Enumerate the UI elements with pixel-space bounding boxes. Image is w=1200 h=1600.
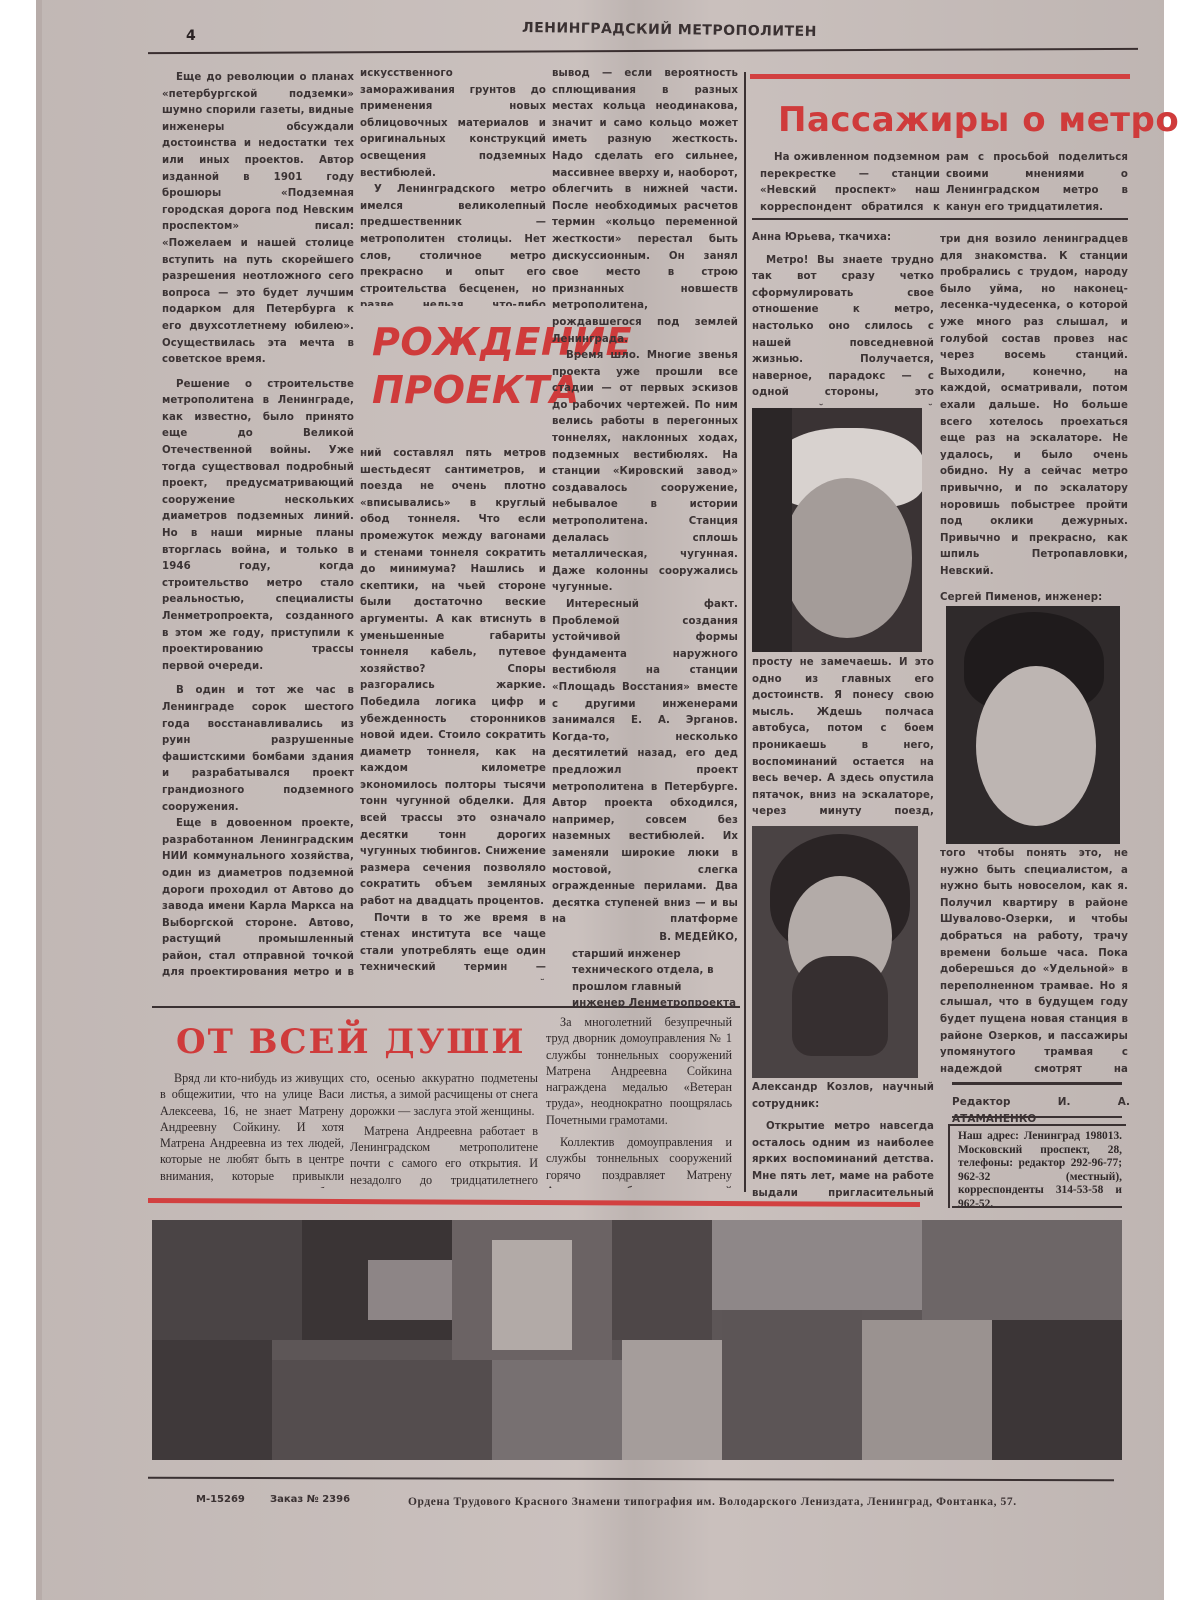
paragraph: За многолетний безупречный труд дворник … — [546, 1014, 732, 1128]
background-shadow — [752, 408, 792, 652]
face-shape — [782, 478, 912, 638]
paragraph: На оживленном подземном перекрестке — ст… — [760, 150, 940, 214]
speaker-name: Анна Юрьева, ткачиха: — [752, 230, 934, 247]
paragraph: три дня возило ленинградцев для знакомст… — [940, 232, 1128, 580]
paragraph: просту не замечаешь. И это одно из главн… — [752, 655, 934, 820]
footer-order: Заказ № 2396 — [270, 1494, 350, 1505]
title-line: РОЖДЕНИЕ — [372, 318, 552, 366]
speaker-1-text-bottom: просту не замечаешь. И это одно из главн… — [752, 655, 934, 820]
column-separator — [744, 72, 746, 1192]
paragraph: ний составлял пять метров шестьдесят сан… — [360, 446, 546, 911]
speaker-1-text-top: Анна Юрьева, ткачиха: Метро! Вы знаете т… — [752, 226, 934, 406]
section-rule — [152, 1006, 740, 1008]
page-number: 4 — [186, 28, 196, 44]
editor-rule-top — [952, 1082, 1122, 1085]
speaker-name: Александр Козлов, научный сотрудник: — [752, 1080, 934, 1113]
paragraph: Матрена Андреевна работает в Ленинградск… — [350, 1123, 538, 1188]
collage-photo-figure — [492, 1240, 572, 1350]
footer-index: М-15269 — [196, 1494, 245, 1505]
editor-label: Редактор И. А. АТАМАНЕНКО — [952, 1094, 1130, 1127]
passazhiry-intro-left: На оживленном подземном перекрестке — ст… — [760, 150, 940, 214]
paragraph: Решение о строительстве метрополитена в … — [162, 377, 354, 676]
paragraph: У Ленинградского метро имелся великолепн… — [360, 182, 546, 306]
paragraph: Метро! Вы знаете трудно так вот сразу че… — [752, 253, 934, 406]
paragraph: Коллектив домоуправления и службы тоннел… — [546, 1134, 732, 1188]
paragraph: В один и тот же час в Ленинграде сорок ш… — [162, 683, 354, 816]
ot-dushi-column-3: За многолетний безупречный труд дворник … — [546, 1014, 732, 1188]
collage-photo-workshop — [862, 1320, 992, 1460]
speaker-name: Сергей Пименов, инженер: — [940, 590, 1128, 602]
portrait-alexander-kozlov — [752, 826, 918, 1078]
paragraph: сто, осенью аккуратно подметены листья, … — [350, 1070, 538, 1119]
portrait-anna-yuryeva — [752, 408, 922, 652]
collage-photo-rowing — [492, 1360, 622, 1460]
rozhdenie-column-1: Еще до революции о планах «петербургской… — [162, 70, 354, 980]
title-line: ПРОЕКТА — [372, 366, 552, 414]
collage-photo-gymnasts — [712, 1220, 922, 1310]
portrait-sergey-pimenov — [946, 606, 1120, 844]
address-box: Наш адрес: Ленинград 198013. Московский … — [948, 1124, 1126, 1208]
photo-collage — [152, 1220, 1122, 1460]
collage-photo-table-tennis — [368, 1260, 458, 1320]
paragraph: Еще до революции о планах «петербургской… — [162, 70, 354, 369]
ot-dushi-title: ОТ ВСЕЙ ДУШИ — [176, 1022, 526, 1062]
address-text: Наш адрес: Ленинград 198013. Московский … — [950, 1126, 1126, 1212]
author-title: старший инженер технического отдела, в п… — [552, 947, 738, 1013]
byline: В. МЕДЕЙКО, старший инженер технического… — [552, 930, 738, 1013]
paragraph: Еще в довоенном проекте, разработанном Л… — [162, 816, 354, 980]
ot-dushi-column-2: сто, осенью аккуратно подметены листья, … — [350, 1070, 538, 1188]
ot-dushi-column-1: Вряд ли кто-нибудь из живущих в общежити… — [160, 1070, 344, 1188]
speaker-right-column-top: три дня возило ленинградцев для знакомст… — [940, 232, 1128, 602]
speaker-2-text-bottom: того чтобы понять это, не нужно быть спе… — [940, 846, 1128, 1076]
paragraph: рам с просьбой поделиться своими мнениям… — [946, 150, 1128, 214]
paragraph: Интересный факт. Проблемой создания усто… — [552, 597, 738, 926]
paragraph: искусственного замораживания грунтов до … — [360, 66, 546, 182]
collage-photo-children — [272, 1360, 492, 1460]
paragraph: Открытие метро навсегда осталось одним и… — [752, 1119, 934, 1198]
collage-photo-stage — [152, 1340, 272, 1460]
author-name: В. МЕДЕЙКО, — [552, 930, 738, 947]
paragraph: Время шло. Многие звенья проекта уже про… — [552, 348, 738, 597]
rozhdenie-title: РОЖДЕНИЕ ПРОЕКТА — [372, 318, 552, 414]
collage-photo-athlete — [722, 1310, 862, 1460]
speaker-3-text: Александр Козлов, научный сотрудник: Отк… — [752, 1080, 934, 1198]
rozhdenie-column-2-bottom: ний составлял пять метров шестьдесят сан… — [360, 446, 546, 980]
collage-photo-forest — [152, 1220, 302, 1340]
editor-rule-bottom — [952, 1116, 1122, 1118]
footer-imprint: Ордена Трудового Красного Знамени типогр… — [408, 1496, 1017, 1508]
collage-photo-crowd — [612, 1220, 712, 1340]
rozhdenie-column-2-top: искусственного замораживания грунтов до … — [360, 66, 546, 306]
paragraph: того чтобы понять это, не нужно быть спе… — [940, 846, 1128, 1076]
beard-shape — [792, 956, 888, 1056]
paragraph: вывод — если вероятность сплющивания в р… — [552, 66, 738, 348]
passazhiry-intro-right: рам с просьбой поделиться своими мнениям… — [946, 150, 1128, 214]
passazhiry-title: Пассажиры о метро — [778, 100, 1179, 140]
red-rule-top — [750, 74, 1130, 79]
collage-photo-portrait — [622, 1340, 722, 1460]
collage-photo-men — [992, 1320, 1122, 1460]
intro-rule — [752, 218, 1128, 220]
paragraph: Вряд ли кто-нибудь из живущих в общежити… — [160, 1070, 344, 1188]
address-rule — [952, 1206, 1122, 1208]
rozhdenie-column-3: вывод — если вероятность сплющивания в р… — [552, 66, 738, 926]
face-shape — [976, 666, 1096, 826]
collage-photo-park — [922, 1220, 1122, 1320]
page-edge — [36, 0, 42, 1600]
paragraph: Почти в то же время в стенах института в… — [360, 911, 546, 980]
